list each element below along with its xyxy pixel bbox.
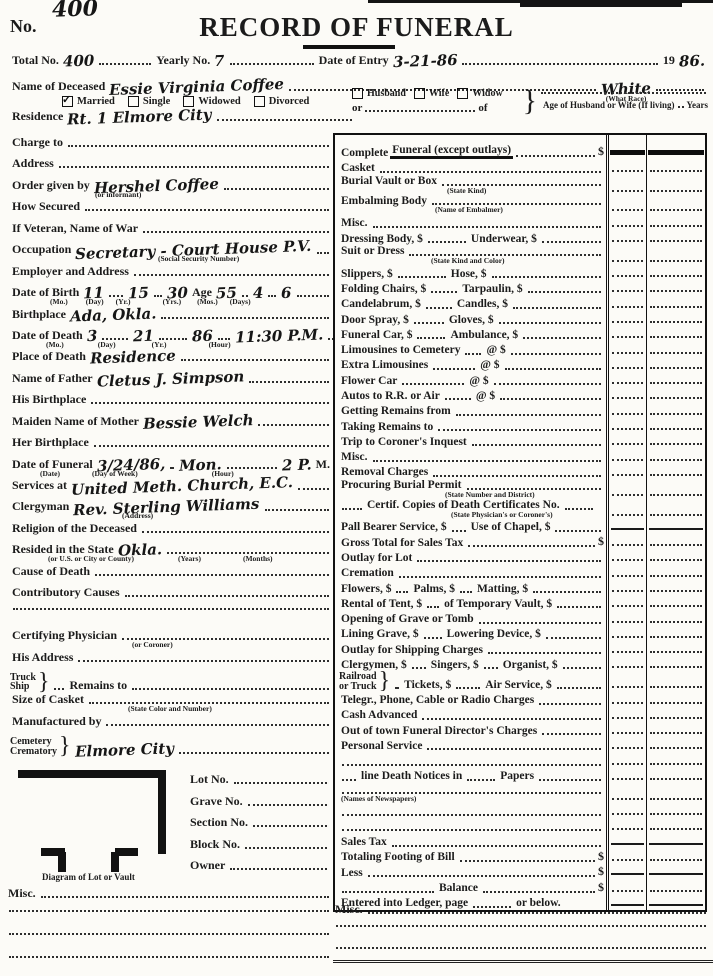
name-of-father: Name of FatherCletus J. Simpson [10,369,332,390]
dotted-leader [460,860,595,862]
dotted-leader [650,225,702,227]
form-line: Misc. [339,451,604,464]
form-line: Her Birthplace [10,436,332,449]
amount-cents-cell [646,833,705,848]
stacked-label-line: Ship [10,682,36,692]
dotted-leader [54,688,64,690]
sales-tax: Sales Tax [335,833,705,848]
amount-cents-cell [646,214,705,229]
dotted-leader [612,443,643,445]
handwritten-value: 2 P. [282,457,312,472]
place-of-death: Place of DeathResidence [10,347,332,368]
blank-3 [335,818,705,833]
stacked-label: Railroador Truck [339,672,377,691]
misc-left: Misc. [6,884,332,907]
form-line: Balance$ [339,880,604,895]
checkbox-label: Single [143,96,170,107]
less: Less$ [335,864,705,879]
label: Gross Total for Sales Tax [339,537,465,550]
charge-description: Extra Limousines@ $ [335,357,606,372]
dotted-leader [612,474,643,476]
dotted-leader [368,912,706,914]
dotted-leader [650,190,702,192]
label: Sales Tax [339,836,389,849]
label: Birthplace [10,308,68,321]
form-line: Slippers, $Hose, $ [339,268,604,281]
amount-dollars-cell [606,864,646,879]
label: Underwear, $ [469,233,539,246]
personal-service: Personal Service [335,737,705,752]
dotted-leader [85,209,329,211]
flower-car: Flower Car@ $ [335,372,705,387]
misc-1: Misc. [335,214,705,229]
amount-cents-cell [646,265,705,280]
label: Remains to [67,679,129,692]
label: Cremation [339,567,396,580]
dotted-leader [125,595,329,597]
dotted-leader [9,956,329,958]
form-line: Folding Chairs, $Tarpaulin, $ [339,283,604,296]
label: Services at [10,479,69,492]
dotted-leader [431,291,457,293]
label: Balance [437,882,480,895]
brace: } [59,736,71,756]
getting-remains: Getting Remains from [335,402,705,417]
checkbox-label: Married [77,96,115,107]
dotted-leader [426,307,452,309]
size-of-casket: Size of Casket(State Color and Number) [10,690,332,711]
burial-vault: Burial Vault or Box(State Kind) [335,175,705,195]
dotted-leader [612,190,643,192]
amount-cents-cell [646,418,705,433]
dotted-leader [9,910,329,912]
charge-description: Removal Charges [335,464,606,479]
label: Rental of Tent, $ [339,598,424,611]
dotted-leader [523,337,601,339]
balance: Balance$ [335,879,705,894]
form-line: Flowers, $Palms, $Matting, $ [339,583,604,596]
dotted-leader [563,667,601,669]
charge-description: Balance$ [335,879,606,894]
label: Removal Charges [339,466,430,479]
dotted-leader [417,337,445,339]
caption: (Mo.) [50,298,68,306]
form-line: Cause of Death [10,565,332,578]
handwritten-value: Rt. 1 Elmore City [67,107,212,126]
divorced-checkbox-icon [254,96,265,107]
pall-bearer: Pall Bearer Service, $Use of Chapel, $ [335,519,705,534]
dotted-leader [650,170,702,172]
amount-rule [611,528,644,530]
dotted-leader [402,383,464,385]
charge-description: Clergymen, $Singers, $Organist, $ [335,656,606,671]
lot-info-block: Lot No.Grave No.Section No.Block No.Owne… [188,770,330,878]
dotted-leader [91,402,329,404]
label: Name of Father [10,372,95,385]
caption: (State Kind and Color) [431,257,505,265]
charge-description: Less$ [335,864,606,879]
dressing-body: Dressing Body, $Underwear, $ [335,230,705,245]
label: Manufactured by [10,715,103,728]
form-line [6,933,332,937]
dotted-leader [650,367,702,369]
candelabrum: Candelabrum, $Candles, $ [335,295,705,310]
label: Lining Grave, $ [339,628,421,641]
dotted-leader [224,188,329,190]
charge-description: Misc. [335,448,606,463]
dotted-leader [612,428,643,430]
label: Funeral Car, $ [339,329,414,342]
amount-cents-cell [646,357,705,372]
lot-field-section-no-: Section No. [188,813,330,835]
dotted-leader [557,687,601,689]
single-checkbox-icon [128,96,139,107]
form-line: Door Spray, $Gloves, $ [339,314,604,327]
dotted-leader [365,110,475,112]
label: Clergymen, $ [339,659,409,672]
label: 19 [661,54,677,67]
amount-dollars-cell [606,195,646,215]
dotted-leader [132,688,329,690]
form-line: Grave No. [188,795,330,808]
dotted-leader [499,322,601,324]
label: Funeral (except outlays) [390,144,513,160]
caption: (Names of Newspapers) [341,795,416,803]
label: Candelabrum, $ [339,298,423,311]
dotted-leader [612,306,643,308]
stacked-label-line: Crematory [10,747,57,757]
dotted-leader [467,779,495,781]
label: Telegr., Phone, Cable or Radio Charges [339,694,536,707]
amount-cents-cell [646,499,705,519]
amount-cents-cell [646,783,705,803]
charge-description: Misc. [335,214,606,229]
label: Total No. [10,54,61,67]
amount-dollars-cell [606,448,646,463]
amount-dollars-cell [606,641,646,656]
amount-dollars-cell [606,580,646,595]
dotted-leader [612,514,643,516]
coroners-inquest: Trip to Coroner's Inquest [335,433,705,448]
services-at: Services atUnited Meth. Church, E.C. [10,476,332,497]
dotted-leader [612,828,643,830]
amount-dollars-cell [606,833,646,848]
charge-description: Personal Service [335,737,606,752]
charge-description: Folding Chairs, $Tarpaulin, $ [335,280,606,295]
bottom-left-misc: Misc. [6,884,332,976]
label: Misc. [339,451,370,464]
brace: } [38,672,50,692]
form-line: Owner [188,859,330,872]
dotted-leader [342,508,362,510]
blank-br-1 [333,922,709,944]
dotted-leader [542,241,601,243]
blank-bl-3 [6,953,332,976]
form-line: Telegr., Phone, Cable or Radio Charges [339,694,604,707]
form-line: Sales Tax [339,836,604,849]
form-line: Block No. [188,838,330,851]
charge-description: Certif. Copies of Death Certificates No.… [335,499,606,519]
totaling-footing: Totaling Footing of Bill$ [335,849,705,864]
form-line: Trip to Coroner's Inquest [339,436,604,449]
form-line: Religion of the Deceased [10,522,332,535]
label: Slippers, $ [339,268,395,281]
lot-field-lot-no-: Lot No. [188,770,330,792]
handwritten-value: United Meth. Church, E.C. [71,475,293,497]
dotted-leader [650,859,702,861]
removal-charges: Removal Charges [335,464,705,479]
handwritten-value: Mon. [179,457,222,472]
outlay-for-lot: Outlay for Lot [335,549,705,564]
label: Complete [339,147,390,160]
label: Pall Bearer Service, $ [339,521,449,534]
handwritten-value: 400 [63,53,95,68]
dotted-leader [612,559,643,561]
page-title: RECORD OF FUNERAL [0,12,713,43]
form-line: Misc. [339,217,604,230]
form-line: Limousines to Cemetery@ $ [339,344,604,357]
handwritten-value: 21 [133,329,154,344]
charge-description: Out of town Funeral Director's Charges [335,722,606,737]
cremation: Cremation [335,564,705,579]
label: Residence [10,110,65,123]
dotted-leader [539,703,601,705]
dotted-leader [612,747,643,749]
dotted-leader [650,459,702,461]
dotted-leader [612,275,643,277]
stacked-label: TruckShip [10,673,36,692]
amount-cents-cell [646,280,705,295]
amount-dollars-cell [606,768,646,783]
lot-field-block-no-: Block No. [188,835,330,857]
amount-cents-cell [646,135,705,159]
handwritten-value: 11:30 P.M. [235,327,324,344]
scan-artifact [520,0,682,7]
dotted-leader [395,687,399,689]
label: Employer and Address [10,265,131,278]
dotted-leader [452,530,466,532]
amount-cents-cell [646,519,705,534]
dotted-leader [612,494,643,496]
charge-description: Casket [335,159,606,174]
resided-in-state: Resided in the StateOkla.(or U.S. or Cit… [10,540,332,561]
charge-description: Procuring Burial Permit(State Number and… [335,479,606,499]
dotted-leader [424,637,442,639]
casket: Casket [335,159,705,174]
form-line: Less$ [339,864,604,879]
dotted-leader [268,295,276,297]
charge-description [335,818,606,833]
dotted-leader [317,252,329,254]
caption-line: (Name of Embalmer) [339,206,604,214]
dotted-leader [217,119,352,121]
form-line: His Birthplace [10,393,332,406]
lot-field-owner: Owner [188,856,330,878]
newspapers: (Names of Newspapers) [335,783,705,803]
form-line: Funeral Car, $Ambulance, $ [339,329,604,342]
dotted-leader [612,686,643,688]
handwritten-value: 7 [214,54,225,68]
label: Address [10,157,56,170]
dotted-leader [438,429,601,431]
dotted-leader [373,226,601,228]
dotted-leader [650,605,702,607]
dotted-leader [433,368,475,370]
charge-description: Sales Tax [335,833,606,848]
checkbox-widow: Widow [457,88,502,99]
dollar-sign: $ [598,849,604,864]
form-line: Opening of Grave or Tomb [339,613,604,626]
caption-line: (Names of Newspapers) [339,795,604,803]
dotted-leader [336,925,706,927]
caption: (State Color and Number) [128,705,212,713]
amount-cents-cell [646,864,705,879]
handwritten-value: Residence [90,349,176,366]
dotted-leader [612,763,643,765]
lot-field-grave-no-: Grave No. [188,792,330,814]
dotted-leader [650,702,702,704]
address: Address [10,154,332,175]
flowers-palms-matting: Flowers, $Palms, $Matting, $ [335,580,705,595]
spouse-age-line: Age of Husband or Wife (If living) Years [543,100,708,110]
label: Certifying Physician [10,629,119,642]
amount-cents-cell [646,849,705,864]
brace: } [379,671,391,691]
handwritten-value: 15 [128,286,149,301]
caption: (Months) [243,555,273,563]
wife-checkbox-icon [414,88,425,99]
dotted-leader [650,514,702,516]
dotted-leader [95,574,329,576]
amount-dollars-cell [606,311,646,326]
date-of-death: Date of Death3218611:30 P.M.(Mo.)(Day)(Y… [10,326,332,347]
dotted-leader [427,748,601,750]
dotted-leader [414,322,444,324]
amount-dollars-cell [606,671,646,691]
dotted-leader [248,804,327,806]
dotted-leader [612,636,643,638]
checkbox-husband: Husband [352,88,406,99]
form-line: Maiden Name of MotherBessie Welch [10,415,332,428]
dotted-leader [650,474,702,476]
railroad-tickets: Railroador Truck}Tickets, $Air Service, … [335,671,705,691]
dotted-leader [513,307,601,309]
amount-dollars-cell [606,245,646,265]
amount-dollars-cell [606,418,646,433]
amount-cents-cell [646,534,705,549]
caption-line: (State Kind) [339,187,604,195]
date-of-birth: Date of Birth111530Age5546(Mo.)(Day)(Yr.… [10,283,332,304]
dotted-leader [650,397,702,399]
employer-and-address: Employer and Address [10,262,332,283]
bottom-double-rule [333,960,713,963]
amount-dollars-cell [606,595,646,610]
amount-dollars-cell [606,610,646,625]
amount-dollars-cell [606,783,646,803]
dotted-leader [488,652,601,654]
amount-rule [611,843,644,845]
charge-description: Limousines to Cemetery@ $ [335,341,606,356]
dotted-leader [612,459,643,461]
label: Casket [339,162,377,175]
checkbox-label: Divorced [269,96,310,107]
dotted-leader [134,274,329,276]
amount-cents-cell [646,671,705,691]
label: Grave No. [188,795,245,808]
label: Flowers, $ [339,583,393,596]
label: Place of Death [10,350,88,363]
label: His Address [10,651,75,664]
burial-permit: Procuring Burial Permit(State Number and… [335,479,705,499]
form-line: How Secured [10,200,332,213]
label: Gloves, $ [447,314,496,327]
dotted-leader [650,651,702,653]
dotted-leader [427,606,439,608]
charge-description: Dressing Body, $Underwear, $ [335,230,606,245]
amount-cents-cell [646,722,705,737]
charge-description: Telegr., Phone, Cable or Radio Charges [335,691,606,706]
dotted-leader [650,443,702,445]
dotted-leader [650,275,702,277]
blank-bl-1 [6,907,332,930]
form-line: Manufactured by [10,715,332,728]
dotted-leader [555,530,601,532]
dotted-leader [417,560,601,562]
form-line: Total No.400Yearly No.7Date of Entry3-21… [10,54,707,67]
label: Name of Deceased [10,80,107,93]
handwritten-value: Essie Virginia Coffee [109,77,284,97]
label: Folding Chairs, $ [339,283,428,296]
door-spray: Door Spray, $Gloves, $ [335,311,705,326]
dotted-leader [342,829,601,831]
amount-cents-cell [646,818,705,833]
charge-description: Taking Remains to [335,418,606,433]
amount-cents-cell [646,387,705,402]
label: Candles, $ [455,298,510,311]
amount-dollars-cell [606,519,646,534]
dotted-leader [428,241,466,243]
cause-of-death: Cause of Death [10,562,332,583]
caption: (State Number and District) [445,491,535,499]
label: Use of Chapel, $ [469,521,553,534]
dotted-leader [678,106,684,108]
handwritten-value: 6 [281,286,292,300]
form-line: Flower Car@ $ [339,375,604,388]
dotted-leader [650,813,702,815]
charge-description: Getting Remains from [335,402,606,417]
label: Yearly No. [154,54,212,67]
charge-description: Autos to R.R. or Air@ $ [335,387,606,402]
shipping-charges: Outlay for Shipping Charges [335,641,705,656]
dotted-leader [179,752,329,754]
handwritten-value: 3 [86,329,97,343]
amount-cents-cell [646,656,705,671]
caption: (State Kind) [447,187,486,195]
bottom-right-misc: Misc. [333,900,709,966]
handwritten-value: Ada, Okla. [70,306,157,323]
dotted-leader [399,576,601,578]
amount-dollars-cell [606,626,646,641]
married-checkbox-icon: ✓ [62,96,73,107]
dotted-leader [380,171,601,173]
form-line: Address [10,157,332,170]
dotted-leader [516,155,595,157]
amount-cents-cell [646,737,705,752]
amount-dollars-cell [606,280,646,295]
certifying-physician: Certifying Physician(or Coroner) [10,626,332,647]
occupation: OccupationSecretary - Court House P.V.(S… [10,240,332,261]
amount-dollars-cell [606,707,646,722]
